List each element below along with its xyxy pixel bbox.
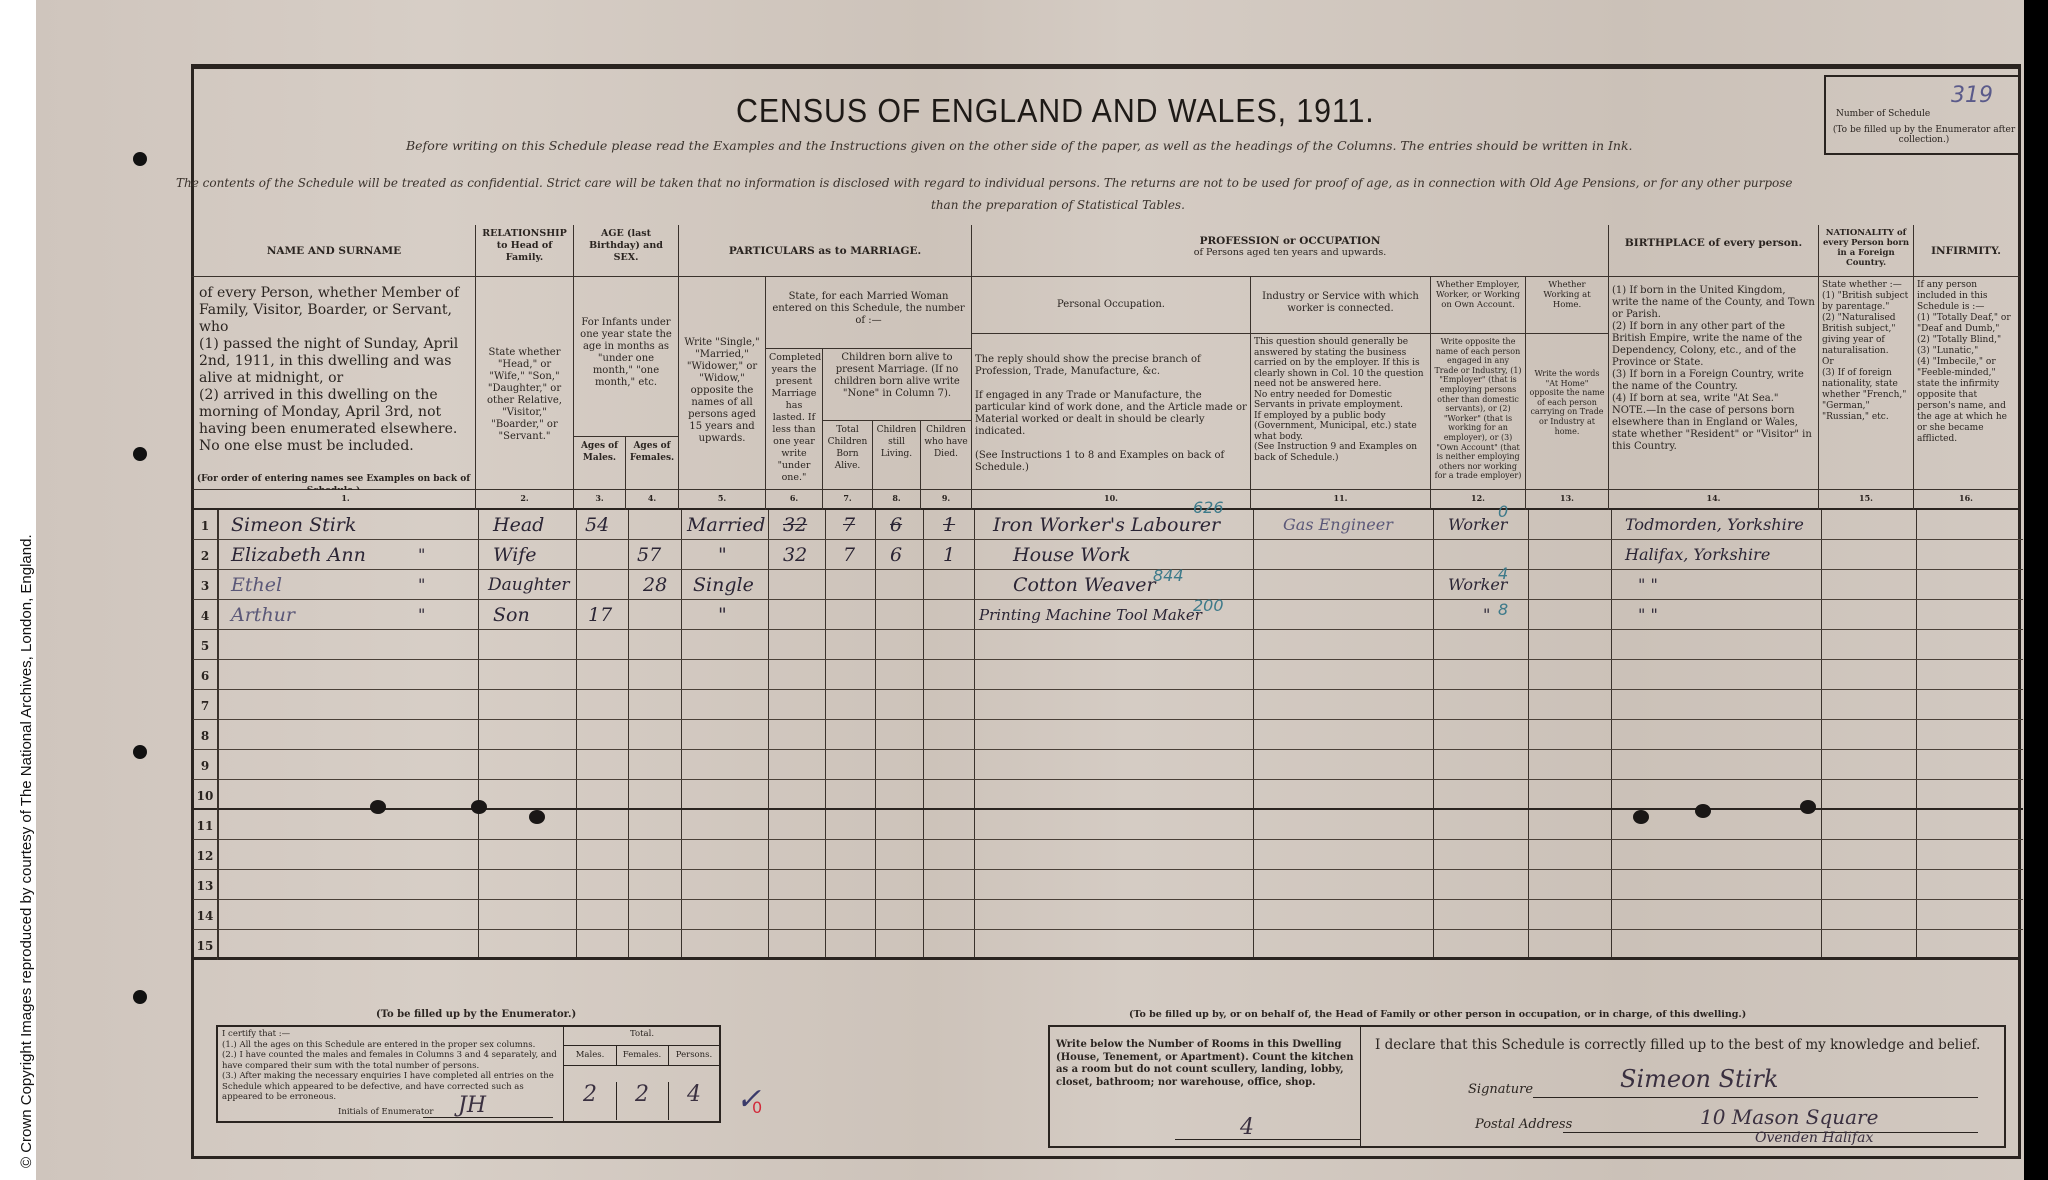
header-birthplace: BIRTHPLACE of every person. <box>1609 225 1819 277</box>
males-header: Males. <box>564 1045 617 1066</box>
signature-line <box>1533 1097 1978 1098</box>
declaration-text: I declare that this Schedule is correctl… <box>1375 1037 1980 1053</box>
col-num-12: 12. <box>1431 490 1526 510</box>
nationality-instructions: State whether :— (1) "British subject by… <box>1819 277 1914 490</box>
header-years-married: Completed years the present Marriage has… <box>766 349 823 490</box>
ink-blot <box>1695 804 1711 818</box>
children-living-value: 6 <box>890 543 902 567</box>
marital-status-value: Single <box>693 573 754 597</box>
marriage-state-instructions: State, for each Married Woman entered on… <box>766 277 972 349</box>
postal-address-line-1: 10 Mason Square <box>1700 1105 1878 1129</box>
table-row: 12 <box>193 840 2023 870</box>
signature-value: Simeon Stirk <box>1620 1065 1778 1093</box>
age-female-value: 28 <box>643 573 667 597</box>
table-row: 7 <box>193 690 2023 720</box>
ink-blot <box>370 800 386 814</box>
col-num-11: 11. <box>1251 490 1431 510</box>
persons-header: Persons. <box>668 1045 720 1066</box>
age-instructions: For Infants under one year state the age… <box>574 277 679 437</box>
document-title: CENSUS OF ENGLAND AND WALES, 1911. <box>736 92 1375 130</box>
schedule-number-note: (To be filled up by the Enumerator after… <box>1832 125 2016 145</box>
name-value: Arthur <box>231 603 295 627</box>
children-living-value: 6 <box>890 513 902 537</box>
occupation-code: 200 <box>1193 596 1224 615</box>
industry-instructions: This question should generally be answer… <box>1251 334 1431 490</box>
years-married-value: 32 <box>783 543 807 567</box>
occupation-value: Iron Worker's Labourer <box>993 513 1220 537</box>
employer-status-instructions: Write opposite the name of each person e… <box>1431 334 1526 490</box>
row-number: 8 <box>193 720 218 750</box>
occupation-title: PROFESSION or OCCUPATION <box>975 235 1605 247</box>
employer-status-code: 4 <box>1498 564 1508 583</box>
rooms-line <box>1175 1139 1360 1140</box>
col-num-3: 3. <box>574 490 626 510</box>
head-heading: (To be filled up by, or on behalf of, th… <box>1129 1009 1746 1020</box>
relationship-value: Head <box>493 513 544 537</box>
signature-label: Signature <box>1468 1082 1533 1097</box>
col-num-14: 14. <box>1609 490 1819 510</box>
birthplace-value: Halifax, Yorkshire <box>1625 543 1770 567</box>
infirmity-instructions: If any person included in this Schedule … <box>1914 277 2021 490</box>
col-num-8: 8. <box>873 490 921 510</box>
enumerator-heading: (To be filled up by the Enumerator.) <box>376 1009 576 1020</box>
ink-blot <box>1800 800 1816 814</box>
age-female-value: 57 <box>637 543 661 567</box>
certify-intro: I certify that :— <box>222 1029 557 1040</box>
header-marriage: PARTICULARS as to MARRIAGE. <box>679 225 972 277</box>
children-died-value: 1 <box>943 543 955 567</box>
row-number: 4 <box>193 600 218 630</box>
postal-address-label: Postal Address <box>1475 1117 1572 1132</box>
instruction-line-1: Before writing on this Schedule please r… <box>406 138 1633 153</box>
row-number: 11 <box>193 810 218 840</box>
table-row: 4 Arthur " Son 17 " Printing Machine Too… <box>193 600 2023 630</box>
header-ages-females: Ages of Females. <box>626 437 679 490</box>
total-persons-value: 4 <box>668 1082 720 1107</box>
employer-status-code: 0 <box>1498 502 1508 521</box>
employer-status-value: " <box>1483 603 1490 627</box>
table-row: 2 Elizabeth Ann " Wife 57 " 32 7 6 1 Hou… <box>193 540 2023 570</box>
header-industry: Industry or Service with which worker is… <box>1251 277 1431 334</box>
table-row: 13 <box>193 870 2023 900</box>
enumerator-initials: JH <box>458 1093 486 1118</box>
certify-item-1: (1.) All the ages on this Schedule are e… <box>222 1040 557 1051</box>
relationship-instructions: State whether "Head," or "Wife," "Son," … <box>476 277 574 490</box>
column-number-row: 1. 2. 3. 4. 5. 6. 7. 8. 9. 10. 11. 12. 1… <box>191 490 2021 510</box>
divider <box>1360 1027 1361 1146</box>
surname-ditto: " <box>418 573 425 597</box>
birthplace-value: " " <box>1638 573 1658 597</box>
total-children-value: 7 <box>843 543 855 567</box>
header-relationship: RELATIONSHIP to Head of Family. <box>476 225 574 277</box>
total-females-value: 2 <box>616 1082 669 1120</box>
col-num-4: 4. <box>626 490 679 510</box>
marital-status-value: " <box>718 543 727 567</box>
relationship-value: Wife <box>493 543 537 567</box>
header-children-living: Children still Living. <box>873 421 921 490</box>
row-number: 9 <box>193 750 218 780</box>
totals-table: Total. Males. Females. Persons. 2 2 4 <box>563 1027 720 1121</box>
table-row: 15 <box>193 930 2023 960</box>
marriage-write-instructions: Write "Single," "Married," "Widower," or… <box>679 277 766 490</box>
totals-header: Total. <box>564 1029 720 1046</box>
occupation-subtitle: of Persons aged ten years and upwards. <box>975 247 1605 259</box>
row-number: 12 <box>193 840 218 870</box>
table-row: 5 <box>193 630 2023 660</box>
name-value: Ethel <box>231 573 282 597</box>
years-married-value: 32 <box>783 513 807 537</box>
row-number: 1 <box>193 510 218 540</box>
name-value: Elizabeth Ann <box>231 543 366 567</box>
table-row: 10 <box>193 780 2023 810</box>
schedule-number-box: Number of Schedule 319 (To be filled up … <box>1824 75 2020 155</box>
name-note: (For order of entering names see Example… <box>191 470 476 490</box>
row-number: 3 <box>193 570 218 600</box>
entries-area: 1 Simeon Stirk Head 54 Married 32 7 6 1 … <box>191 510 2021 960</box>
relationship-value: Daughter <box>488 573 570 597</box>
header-total-children: Total Children Born Alive. <box>823 421 873 490</box>
certify-item-3: (3.) After making the necessary enquirie… <box>222 1071 557 1103</box>
header-age: AGE (last Birthday) and SEX. <box>574 225 679 277</box>
surname-ditto: " <box>418 603 425 627</box>
children-died-value: 1 <box>943 513 955 537</box>
birthplace-value: " " <box>1638 603 1658 627</box>
certify-item-2: (2.) I have counted the males and female… <box>222 1050 557 1071</box>
age-male-value: 17 <box>588 603 612 627</box>
industry-value: Gas Engineer <box>1283 513 1393 537</box>
rooms-value: 4 <box>1240 1115 1254 1140</box>
initials-label: Initials of Enumerator <box>338 1107 433 1118</box>
ink-blot <box>471 800 487 814</box>
confidential-notice-cont: than the preparation of Statistical Tabl… <box>931 198 1185 212</box>
col-num-7: 7. <box>823 490 873 510</box>
employer-status-code: 8 <box>1498 600 1508 619</box>
table-row: 8 <box>193 720 2023 750</box>
col-num-2: 2. <box>476 490 574 510</box>
header-infirmity: INFIRMITY. <box>1914 225 2021 277</box>
occupation-value: House Work <box>1013 543 1131 567</box>
rooms-instructions: Write below the Number of Rooms in this … <box>1056 1039 1356 1089</box>
occupation-value: Printing Machine Tool Maker <box>979 603 1202 627</box>
birthplace-instructions: (1) If born in the United Kingdom, write… <box>1609 277 1819 490</box>
red-annotation: 0 <box>752 1098 762 1117</box>
total-males-value: 2 <box>564 1082 617 1120</box>
table-row: 3 Ethel " Daughter 28 Single Cotton Weav… <box>193 570 2023 600</box>
head-declaration-box: Write below the Number of Rooms in this … <box>1048 1025 2006 1148</box>
name-value: Simeon Stirk <box>231 513 356 537</box>
row-number: 2 <box>193 540 218 570</box>
occupation-code: 844 <box>1153 566 1184 585</box>
col-num-6: 6. <box>766 490 823 510</box>
occupation-value: Cotton Weaver <box>1013 573 1156 597</box>
header-employer-status: Whether Employer, Worker, or Working on … <box>1431 277 1526 334</box>
surname-ditto: " <box>418 543 425 567</box>
col-num-5: 5. <box>679 490 766 510</box>
table-row: 9 <box>193 750 2023 780</box>
personal-occupation-instructions: The reply should show the precise branch… <box>972 334 1251 490</box>
census-table: NAME AND SURNAME of every Person, whethe… <box>191 225 2021 990</box>
header-children-died: Children who have Died. <box>921 421 972 490</box>
occupation-code: 626 <box>1193 498 1224 517</box>
header-ages-males: Ages of Males. <box>574 437 626 490</box>
ink-blot <box>529 810 545 824</box>
header-name: NAME AND SURNAME <box>191 225 476 277</box>
name-instructions: of every Person, whether Member of Famil… <box>191 277 476 490</box>
row-number: 10 <box>193 780 218 810</box>
marital-status-value: " <box>718 603 727 627</box>
col-num-9: 9. <box>921 490 972 510</box>
row-number: 6 <box>193 660 218 690</box>
col-num-15: 15. <box>1819 490 1914 510</box>
header-working-at-home: Whether Working at Home. <box>1526 277 1609 334</box>
col-num-13: 13. <box>1526 490 1609 510</box>
females-header: Females. <box>616 1045 669 1066</box>
header-personal-occupation: Personal Occupation. <box>972 277 1251 334</box>
copyright-credit: © Crown Copyright Images reproduced by c… <box>0 0 36 1180</box>
row-number: 5 <box>193 630 218 660</box>
table-row: 6 <box>193 660 2023 690</box>
enumerator-certification: I certify that :— (1.) All the ages on t… <box>222 1029 557 1103</box>
row-number: 14 <box>193 900 218 930</box>
schedule-number-label: Number of Schedule <box>1836 109 1930 119</box>
postal-address-line-2: Ovenden Halifax <box>1755 1130 1873 1146</box>
working-at-home-instructions: Write the words "At Home" opposite the n… <box>1526 334 1609 490</box>
row-number: 15 <box>193 930 218 960</box>
table-row: 14 <box>193 900 2023 930</box>
col-num-1: 1. <box>216 490 476 510</box>
row-number: 13 <box>193 870 218 900</box>
table-row: 11 <box>193 810 2023 840</box>
header-occupation: PROFESSION or OCCUPATION of Persons aged… <box>972 225 1609 277</box>
table-row: 1 Simeon Stirk Head 54 Married 32 7 6 1 … <box>193 510 2023 540</box>
ink-blot <box>1633 810 1649 824</box>
marital-status-value: Married <box>687 513 765 537</box>
header-children-born: Children born alive to present Marriage.… <box>823 349 972 421</box>
initials-line <box>423 1117 553 1118</box>
enumerator-box: I certify that :— (1.) All the ages on t… <box>216 1025 721 1123</box>
header-nationality: NATIONALITY of every Person born in a Fo… <box>1819 225 1914 277</box>
total-children-value: 7 <box>843 513 855 537</box>
col-num-16: 16. <box>1914 490 2021 510</box>
birthplace-value: Todmorden, Yorkshire <box>1625 513 1804 537</box>
row-number: 7 <box>193 690 218 720</box>
age-male-value: 54 <box>585 513 609 537</box>
schedule-number-value: 319 <box>1951 83 1993 108</box>
confidential-notice: The contents of the Schedule will be tre… <box>176 176 1793 190</box>
relationship-value: Son <box>493 603 530 627</box>
